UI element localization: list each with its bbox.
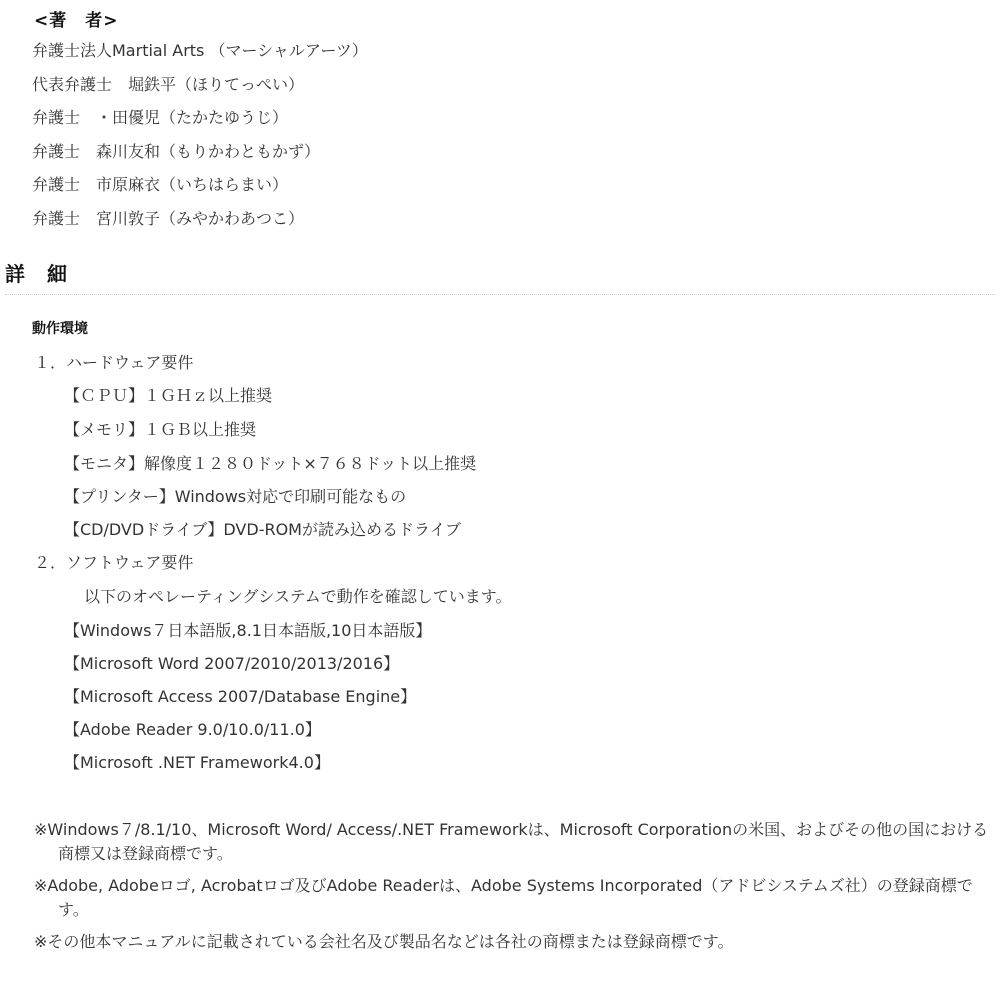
operating-environment-title: 動作環境 [32, 318, 88, 338]
author-line: 弁護士 森川友和（もりかわともかず） [32, 139, 320, 162]
hardware-item-memory: 【メモリ】１ＧＢ以上推奨 [64, 417, 256, 440]
software-item-adobe-reader: 【Adobe Reader 9.0/10.0/11.0】 [64, 717, 321, 740]
hardware-item-cpu: 【ＣＰＵ】１ＧＨｚ以上推奨 [64, 383, 272, 406]
software-item-windows: 【Windows７日本語版,8.1日本語版,10日本語版】 [64, 618, 431, 641]
author-line-representative: 代表弁護士 堀鉄平（ほりてっぺい） [32, 72, 304, 95]
author-line: 弁護士 ・田優児（たかたゆうじ） [32, 105, 288, 128]
author-line: 弁護士 宮川敦子（みやかわあつこ） [32, 206, 304, 229]
details-title: 詳 細 [5, 258, 68, 287]
author-line-firm: 弁護士法人Martial Arts （マーシャルアーツ） [32, 38, 368, 61]
software-intro: 以下のオペレーティングシステムで動作を確認しています。 [84, 584, 512, 607]
authors-heading: <著 者> [34, 6, 119, 31]
trademark-note-adobe: ※Adobe, Adobeロゴ, Acrobatロゴ及びAdobe Reader… [34, 874, 998, 922]
trademark-note-microsoft: ※Windows７/8.1/10、Microsoft Word/ Access/… [34, 818, 998, 866]
hardware-item-printer: 【プリンター】Windows対応で印刷可能なもの [64, 484, 406, 507]
software-item-access: 【Microsoft Access 2007/Database Engine】 [64, 684, 416, 707]
hardware-heading: １．ハードウェア要件 [34, 350, 193, 373]
section-divider [5, 294, 995, 295]
software-heading: ２．ソフトウェア要件 [34, 550, 193, 573]
software-item-dotnet: 【Microsoft .NET Framework4.0】 [64, 750, 330, 773]
software-item-word: 【Microsoft Word 2007/2010/2013/2016】 [64, 651, 399, 674]
trademark-note-others: ※その他本マニュアルに記載されている会社名及び製品名などは各社の商標または登録商… [34, 930, 998, 954]
hardware-item-monitor: 【モニタ】解像度１２８０ドット×７６８ドット以上推奨 [64, 451, 476, 474]
author-line: 弁護士 市原麻衣（いちはらまい） [32, 172, 288, 195]
hardware-item-drive: 【CD/DVDドライブ】DVD-ROMが読み込めるドライブ [64, 517, 461, 540]
